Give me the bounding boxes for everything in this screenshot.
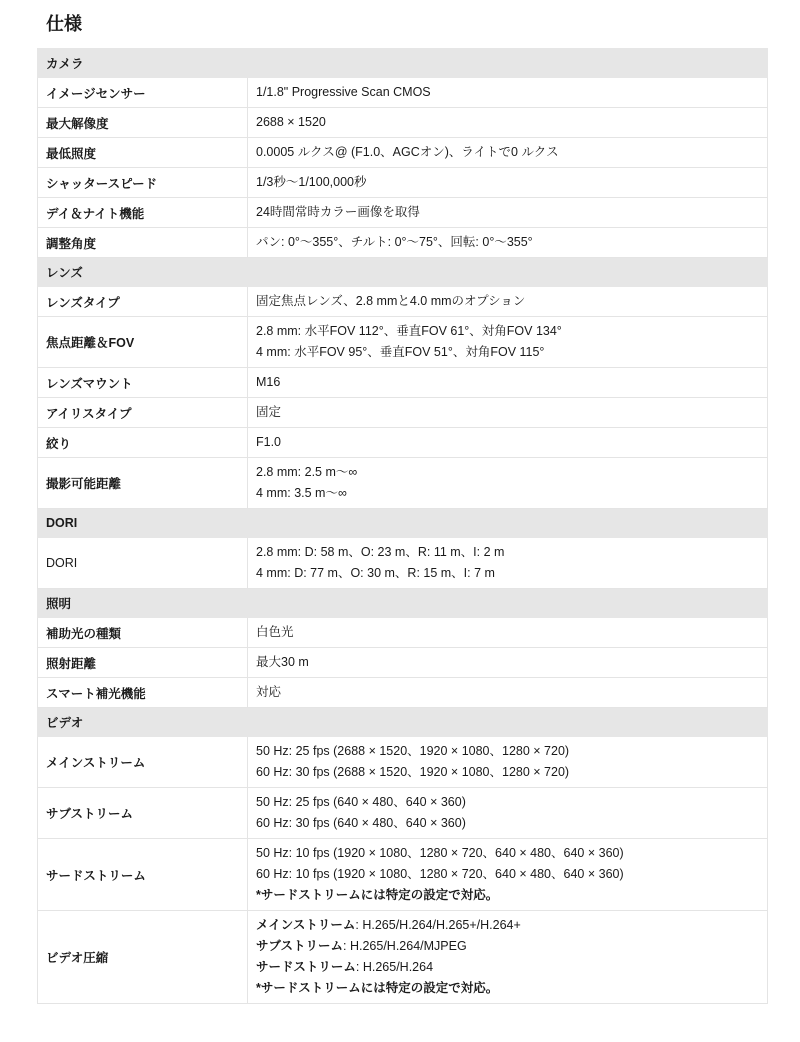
spec-row: アイリスタイプ 固定 xyxy=(38,398,768,428)
section-heading: カメラ xyxy=(38,49,768,78)
value-line: サブストリーム: H.265/H.264/MJPEG xyxy=(256,936,759,957)
spec-row: サードストリーム 50 Hz: 10 fps (1920 × 1080、1280… xyxy=(38,839,768,911)
spec-value: 50 Hz: 25 fps (640 × 480、640 × 360) 60 H… xyxy=(248,788,768,839)
spec-row: 最大解像度 2688 × 1520 xyxy=(38,108,768,138)
spec-label: デイ＆ナイト機能 xyxy=(38,198,248,228)
value-line: 1/1.8" Progressive Scan CMOS xyxy=(256,82,759,103)
spec-label: DORI xyxy=(38,538,248,589)
value-line: 50 Hz: 25 fps (2688 × 1520、1920 × 1080、1… xyxy=(256,741,759,762)
value-line: 4 mm: 3.5 m～∞ xyxy=(256,483,759,504)
value-line: 白色光 xyxy=(256,622,759,643)
spec-row: メインストリーム 50 Hz: 25 fps (2688 × 1520、1920… xyxy=(38,737,768,788)
spec-row: デイ＆ナイト機能 24時間常時カラー画像を取得 xyxy=(38,198,768,228)
value-line: 2.8 mm: 水平FOV 112°、垂直FOV 61°、対角FOV 134° xyxy=(256,321,759,342)
spec-label: アイリスタイプ xyxy=(38,398,248,428)
spec-label: メインストリーム xyxy=(38,737,248,788)
spec-value: F1.0 xyxy=(248,428,768,458)
value-line: 固定 xyxy=(256,402,759,423)
value-line: 1/3秒～1/100,000秒 xyxy=(256,172,759,193)
value-line: 0.0005 ルクス@ (F1.0、AGCオン)、ライトで0 ルクス xyxy=(256,142,759,163)
value-line: メインストリーム: H.265/H.264/H.265+/H.264+ xyxy=(256,915,759,936)
spec-value: 2688 × 1520 xyxy=(248,108,768,138)
spec-row: 調整角度 パン: 0°～355°、チルト: 0°～75°、回転: 0°～355° xyxy=(38,228,768,258)
value-line: 24時間常時カラー画像を取得 xyxy=(256,202,759,223)
spec-row: レンズマウント M16 xyxy=(38,368,768,398)
spec-row: シャッタースピード 1/3秒～1/100,000秒 xyxy=(38,168,768,198)
spec-value: 50 Hz: 10 fps (1920 × 1080、1280 × 720、64… xyxy=(248,839,768,911)
spec-label: レンズマウント xyxy=(38,368,248,398)
section-camera: カメラ xyxy=(38,49,768,78)
footnote-line: *サードストリームには特定の設定で対応。 xyxy=(256,978,759,999)
spec-value: 2.8 mm: 2.5 m～∞ 4 mm: 3.5 m～∞ xyxy=(248,458,768,509)
spec-row: ビデオ圧縮 メインストリーム: H.265/H.264/H.265+/H.264… xyxy=(38,911,768,1004)
spec-label: サードストリーム xyxy=(38,839,248,911)
section-heading: 照明 xyxy=(38,589,768,618)
footnote-line: *サードストリームには特定の設定で対応。 xyxy=(256,885,759,906)
stream-key: メインストリーム xyxy=(256,918,355,932)
spec-row: レンズタイプ 固定焦点レンズ、2.8 mmと4.0 mmのオプション xyxy=(38,287,768,317)
spec-row: スマート補光機能 対応 xyxy=(38,678,768,708)
value-line: サードストリーム: H.265/H.264 xyxy=(256,957,759,978)
value-line: 最大30 m xyxy=(256,652,759,673)
spec-value: 1/3秒～1/100,000秒 xyxy=(248,168,768,198)
spec-label: 調整角度 xyxy=(38,228,248,258)
value-line: 60 Hz: 10 fps (1920 × 1080、1280 × 720、64… xyxy=(256,864,759,885)
spec-table: カメラ イメージセンサー 1/1.8" Progressive Scan CMO… xyxy=(37,48,768,1004)
value-line: 2.8 mm: 2.5 m～∞ xyxy=(256,462,759,483)
spec-row: サブストリーム 50 Hz: 25 fps (640 × 480、640 × 3… xyxy=(38,788,768,839)
value-line: M16 xyxy=(256,372,759,393)
spec-label: イメージセンサー xyxy=(38,78,248,108)
stream-key: サブストリーム xyxy=(256,939,343,953)
stream-codec: : H.265/H.264/MJPEG xyxy=(343,939,467,953)
section-lighting: 照明 xyxy=(38,589,768,618)
spec-value: 1/1.8" Progressive Scan CMOS xyxy=(248,78,768,108)
stream-codec: : H.265/H.264 xyxy=(356,960,433,974)
value-line: 固定焦点レンズ、2.8 mmと4.0 mmのオプション xyxy=(256,291,759,312)
spec-value: M16 xyxy=(248,368,768,398)
spec-label: サブストリーム xyxy=(38,788,248,839)
spec-value: 固定焦点レンズ、2.8 mmと4.0 mmのオプション xyxy=(248,287,768,317)
value-line: 4 mm: 水平FOV 95°、垂直FOV 51°、対角FOV 115° xyxy=(256,342,759,363)
section-heading: レンズ xyxy=(38,258,768,287)
spec-row: 焦点距離＆FOV 2.8 mm: 水平FOV 112°、垂直FOV 61°、対角… xyxy=(38,317,768,368)
spec-label: 撮影可能距離 xyxy=(38,458,248,509)
stream-key: サードストリーム xyxy=(256,960,356,974)
spec-value: パン: 0°～355°、チルト: 0°～75°、回転: 0°～355° xyxy=(248,228,768,258)
spec-label: 最大解像度 xyxy=(38,108,248,138)
section-heading: ビデオ xyxy=(38,708,768,737)
spec-value: 2.8 mm: 水平FOV 112°、垂直FOV 61°、対角FOV 134° … xyxy=(248,317,768,368)
spec-value: メインストリーム: H.265/H.264/H.265+/H.264+ サブスト… xyxy=(248,911,768,1004)
spec-value: 24時間常時カラー画像を取得 xyxy=(248,198,768,228)
spec-row: 照射距離 最大30 m xyxy=(38,648,768,678)
value-line: パン: 0°～355°、チルト: 0°～75°、回転: 0°～355° xyxy=(256,232,759,253)
spec-value: 50 Hz: 25 fps (2688 × 1520、1920 × 1080、1… xyxy=(248,737,768,788)
spec-label: レンズタイプ xyxy=(38,287,248,317)
spec-value: 固定 xyxy=(248,398,768,428)
spec-value: 0.0005 ルクス@ (F1.0、AGCオン)、ライトで0 ルクス xyxy=(248,138,768,168)
value-line: 対応 xyxy=(256,682,759,703)
value-line: 50 Hz: 25 fps (640 × 480、640 × 360) xyxy=(256,792,759,813)
value-line: 60 Hz: 30 fps (640 × 480、640 × 360) xyxy=(256,813,759,834)
value-line: 60 Hz: 30 fps (2688 × 1520、1920 × 1080、1… xyxy=(256,762,759,783)
section-heading: DORI xyxy=(38,509,768,538)
spec-row: DORI 2.8 mm: D: 58 m、O: 23 m、R: 11 m、I: … xyxy=(38,538,768,589)
spec-value: 白色光 xyxy=(248,618,768,648)
spec-label: 補助光の種類 xyxy=(38,618,248,648)
section-dori: DORI xyxy=(38,509,768,538)
spec-label: 絞り xyxy=(38,428,248,458)
value-line: 2688 × 1520 xyxy=(256,112,759,133)
value-line: 50 Hz: 10 fps (1920 × 1080、1280 × 720、64… xyxy=(256,843,759,864)
spec-value: 最大30 m xyxy=(248,648,768,678)
spec-label: 最低照度 xyxy=(38,138,248,168)
spec-label: 焦点距離＆FOV xyxy=(38,317,248,368)
spec-label: スマート補光機能 xyxy=(38,678,248,708)
value-line: 2.8 mm: D: 58 m、O: 23 m、R: 11 m、I: 2 m xyxy=(256,542,759,563)
section-lens: レンズ xyxy=(38,258,768,287)
spec-row: 撮影可能距離 2.8 mm: 2.5 m～∞ 4 mm: 3.5 m～∞ xyxy=(38,458,768,509)
spec-label: 照射距離 xyxy=(38,648,248,678)
value-line: F1.0 xyxy=(256,432,759,453)
stream-codec: : H.265/H.264/H.265+/H.264+ xyxy=(355,918,520,932)
spec-row: イメージセンサー 1/1.8" Progressive Scan CMOS xyxy=(38,78,768,108)
spec-value: 2.8 mm: D: 58 m、O: 23 m、R: 11 m、I: 2 m 4… xyxy=(248,538,768,589)
spec-row: 絞り F1.0 xyxy=(38,428,768,458)
spec-row: 最低照度 0.0005 ルクス@ (F1.0、AGCオン)、ライトで0 ルクス xyxy=(38,138,768,168)
spec-label: ビデオ圧縮 xyxy=(38,911,248,1004)
spec-label: シャッタースピード xyxy=(38,168,248,198)
value-line: 4 mm: D: 77 m、O: 30 m、R: 15 m、I: 7 m xyxy=(256,563,759,584)
section-video: ビデオ xyxy=(38,708,768,737)
page-title: 仕様 xyxy=(46,10,82,38)
spec-row: 補助光の種類 白色光 xyxy=(38,618,768,648)
spec-value: 対応 xyxy=(248,678,768,708)
